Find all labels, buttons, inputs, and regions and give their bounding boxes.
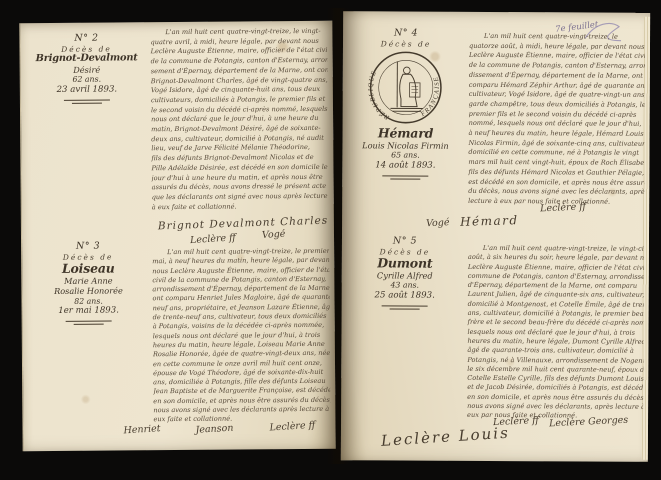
manuscript-line: à eux faite et collationné. [152,201,329,212]
deceased-surname: Hémard [347,126,465,140]
signature-officer: Leclère ff [540,201,586,214]
flourish-underline [382,175,428,176]
act-2-body-text: L'an mil huit cent quatre-vingt-treize, … [150,27,328,213]
manuscript-line: dissement d'Épernay, département de la M… [469,71,645,82]
margin-note-act-2: N° 2 Décès de Brignot-Devalmont Désiré 6… [24,32,149,101]
deceased-firstname: Louis Nicolas Firmin [346,140,464,151]
manuscript-line: que les déclarants ont signé avec nous a… [152,192,329,203]
act-date: 14 août 1893. [346,160,464,171]
margin-note-act-4: N° 4 Décès de RÉPUBLIQUE FRANÇAISE [346,27,465,176]
flourish-underline [64,99,110,100]
signature-officer: Leclère ff [493,415,539,428]
svg-text:FRANÇAISE: FRANÇAISE [419,75,441,119]
act-number: N° 4 [347,27,465,39]
act-date: 23 avril 1893. [25,84,149,96]
act-number: N° 5 [346,235,464,247]
act-type-label: Décès de [347,39,465,49]
stamp-text-right: FRANÇAISE [419,75,441,119]
signature-officer: Leclère ff [190,232,236,246]
act-number: N° 3 [26,240,150,253]
signature-witness: Vogé [262,229,286,241]
left-page: N° 2 Décès de Brignot-Devalmont Désiré 6… [19,21,335,451]
right-page: 7e feuillet N° 4 Décès de RÉPUBLIQUE FRA… [341,11,650,462]
deceased-surname: Dumont [346,256,464,270]
manuscript-line: âgé de quarante-trois ans, cultivateur, … [467,346,643,356]
manuscript-line: L'an mil huit cent quatre-vingt-treize, … [469,32,645,43]
signature-witness: Vogé [426,217,450,229]
act-date: 1er mai 1893. [27,305,151,317]
manuscript-line: garde champêtre, tous deux domiciliés à … [469,100,645,111]
manuscript-line: frère et le second beau-frère du décédé … [468,318,644,328]
signature-officer-large: Leclère Louis [381,424,511,450]
seated-figure-icon [390,62,423,112]
manuscript-line: août, à six heures du soir, heure légale… [468,253,644,263]
signature-declarant: Brignot Devalmont Charles [158,215,329,233]
republique-francaise-stamp-icon: RÉPUBLIQUE FRANÇAISE [368,50,444,126]
flourish-underline [66,320,112,321]
margin-note-act-5: N° 5 Décès de Dumont Cyrille Alfred 43 a… [346,235,464,306]
deceased-age: 43 ans. [346,280,464,290]
act-3-body-text: L'an mil huit cent quatre-vingt-treize, … [152,247,330,425]
act-5-body-text: L'an mil huit cent quatre-vingt-treize, … [467,244,644,422]
signature-officer: Leclère ff [269,420,315,434]
signature-witness-2: Jeanson [195,423,234,436]
manuscript-line: nous avons signé avec les déclarants apr… [153,405,330,416]
deceased-firstname: Cyrille Alfred [346,270,464,281]
signature-declarant: Hémard [460,213,519,229]
deceased-age: 65 ans. [346,150,464,160]
act-number: N° 2 [24,32,148,45]
manuscript-line: à neuf heures du matin, heure légale, Hé… [469,129,645,140]
signature-witness-1: Henriet [123,423,161,436]
deceased-surname: Loiseau [26,261,150,276]
deceased-surname: Brignot-Devalmont [25,53,149,65]
act-4-body-text: L'an mil huit cent quatre-vingt-treize, … [468,32,645,208]
margin-note-act-3: N° 3 Décès de Loiseau Marie Anne Rosalie… [26,240,151,322]
manuscript-line: fils des défunts Hémard Nicolas et Gauth… [468,168,644,179]
flourish-underline [382,305,428,306]
act-date: 25 août 1893. [346,290,464,301]
register-scan: N° 2 Décès de Brignot-Devalmont Désiré 6… [0,0,661,480]
signature-witness: Leclère Georges [549,415,629,430]
